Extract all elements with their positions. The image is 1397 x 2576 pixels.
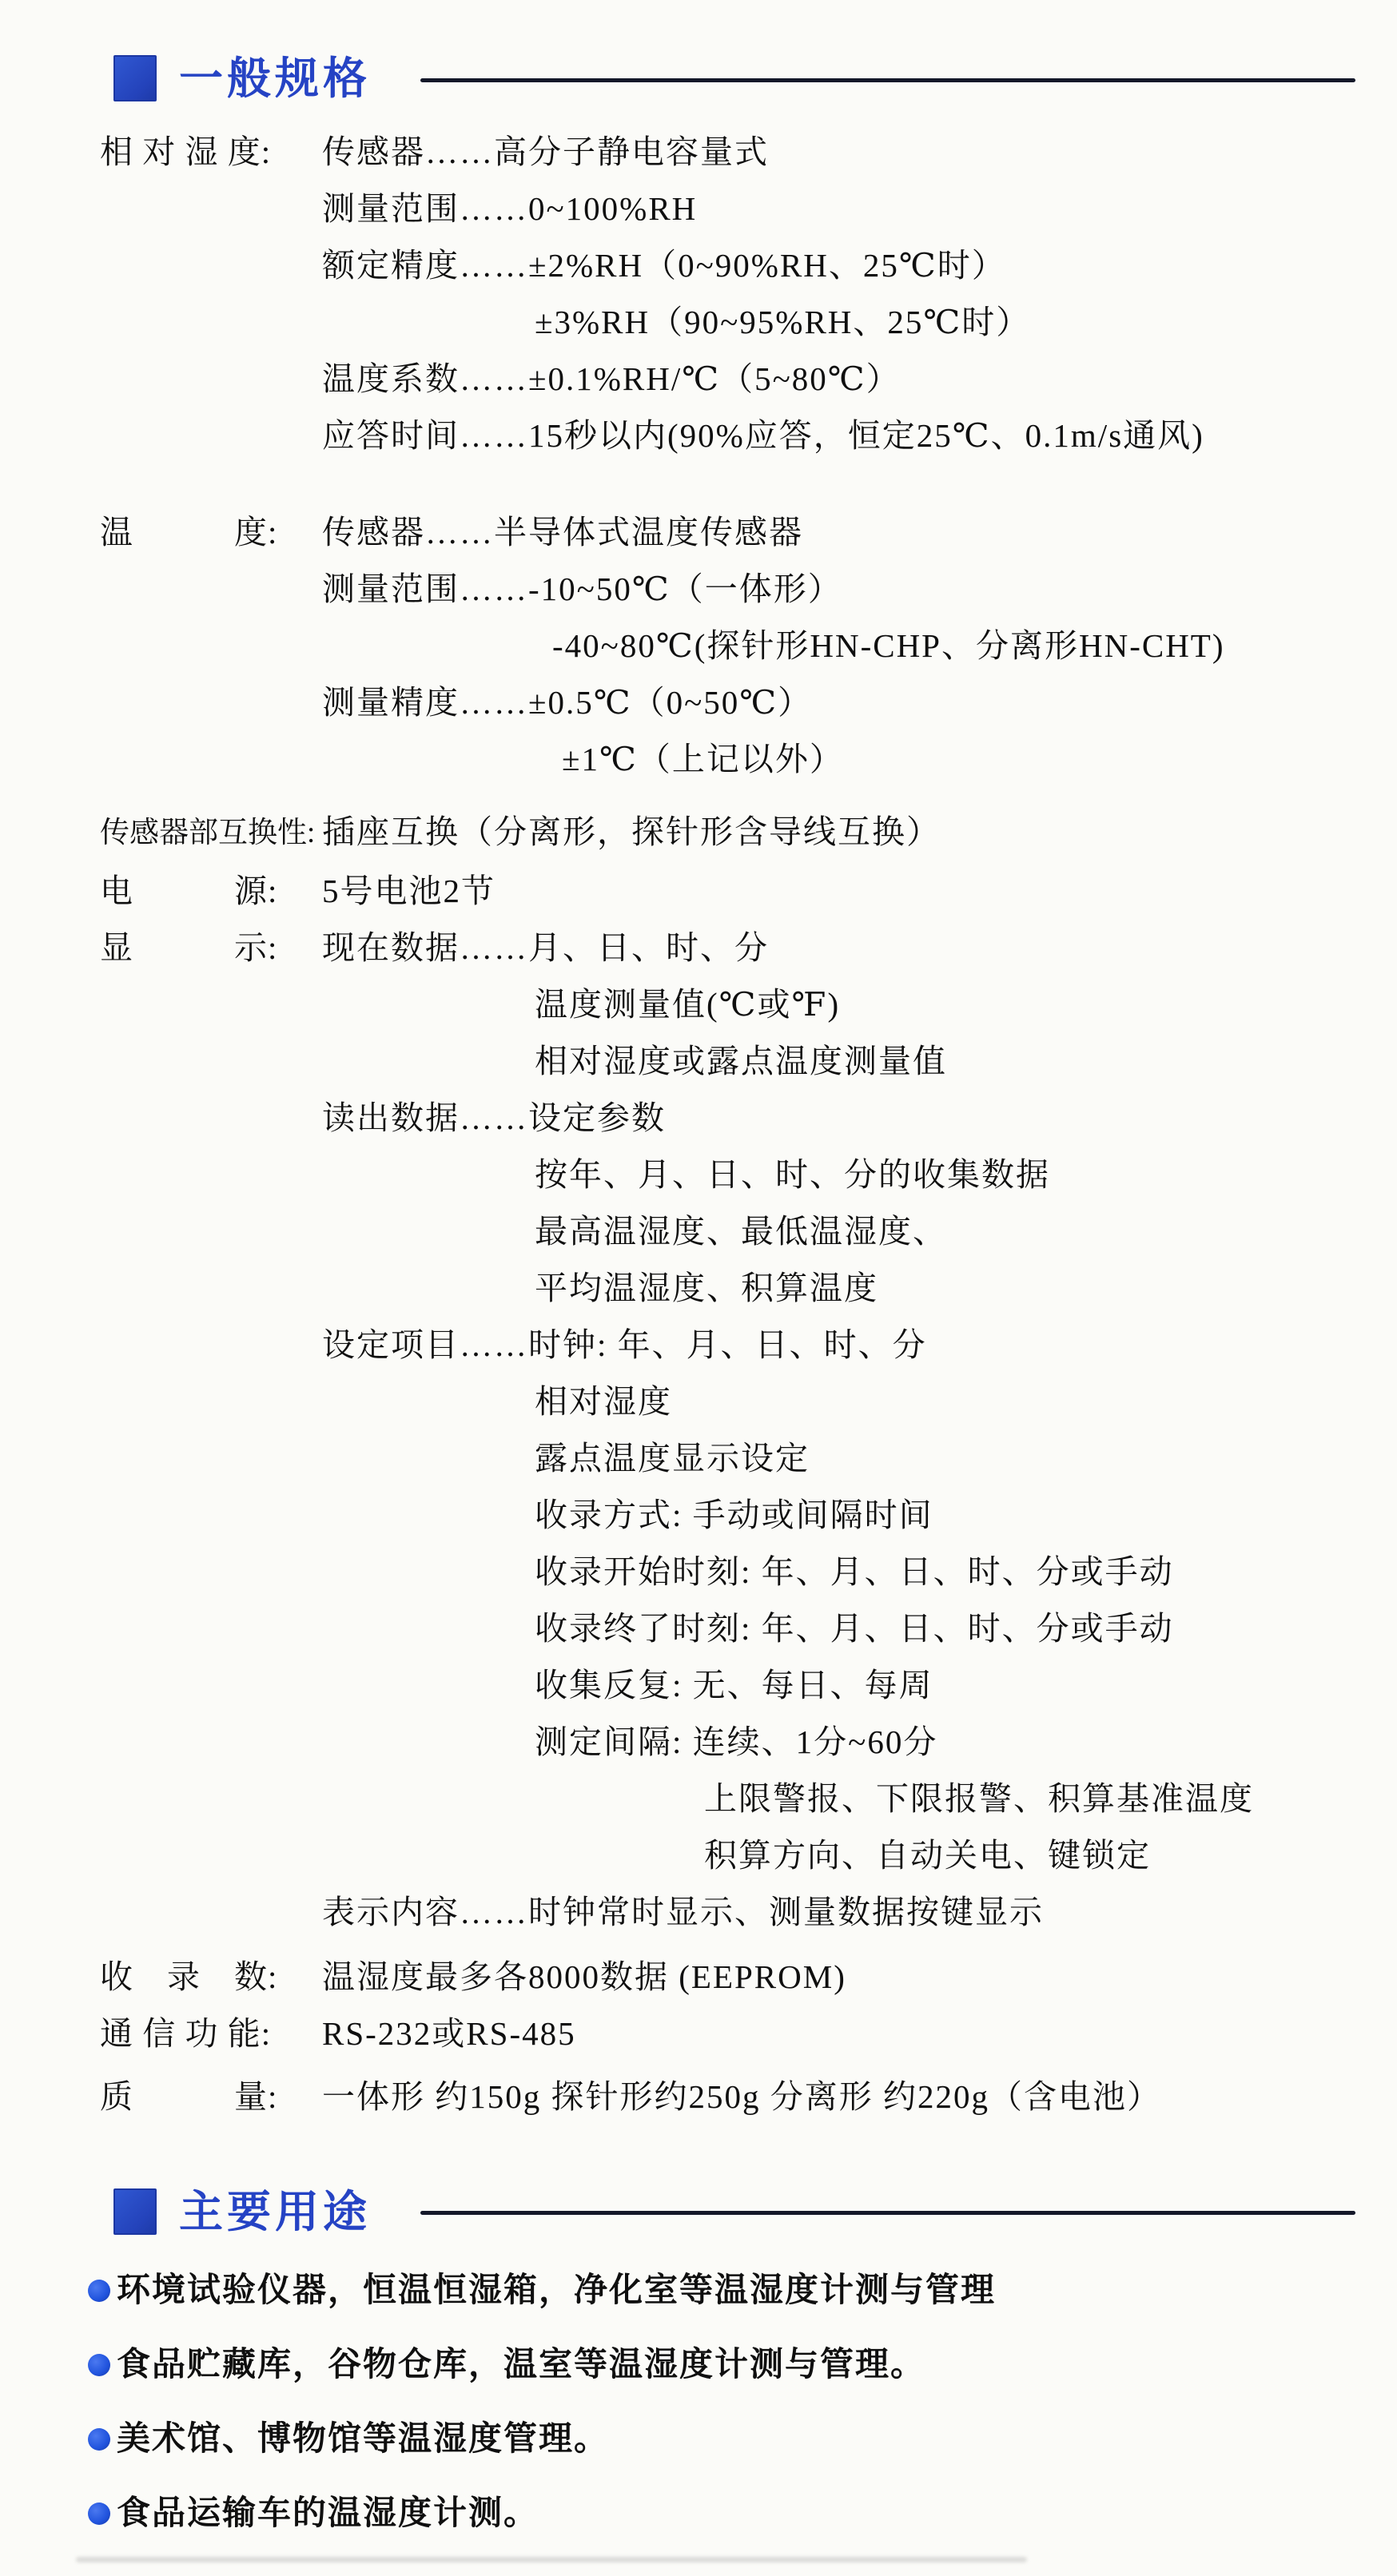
- header-rule: [420, 2211, 1355, 2215]
- spec-label: 温 度:: [100, 504, 322, 561]
- section-marker-square-icon: [113, 2188, 157, 2235]
- spec-line: 温度测量值(℃或℉): [535, 976, 1397, 1033]
- spec-line: 测量范围……0~100%RH: [322, 181, 1397, 237]
- use-item-text: 环境试验仪器，恒温恒湿箱，净化室等温湿度计测与管理: [117, 2263, 996, 2319]
- spec-line: -40~80℃(探针形HN-CHP、分离形HN-CHT): [552, 618, 1397, 674]
- bullet-dot-icon: [88, 2502, 110, 2525]
- spec-line: 积算方向、自动关电、键锁定: [704, 1827, 1397, 1884]
- spec-line: 设定项目……时钟: 年、月、日、时、分: [322, 1317, 1397, 1373]
- spec-line: 一体形 约150g 探针形约250g 分离形 约220g（含电池）: [322, 2069, 1397, 2125]
- spec-line: ±1℃（上记以外）: [562, 731, 1397, 788]
- use-list-item: 环境试验仪器，恒温恒湿箱，净化室等温湿度计测与管理: [88, 2263, 1349, 2319]
- spec-line: 测量范围……-10~50℃（一体形）: [322, 561, 1397, 618]
- header-rule: [420, 78, 1355, 82]
- use-item-text: 美术馆、博物馆等温湿度管理。: [117, 2411, 609, 2467]
- bullet-dot-icon: [88, 2280, 110, 2302]
- spec-line: RS-232或RS-485: [322, 2006, 1397, 2062]
- spec-line: 相对湿度: [535, 1373, 1397, 1430]
- general-specs-title: 一般规格: [179, 54, 371, 103]
- spec-line: 读出数据……设定参数: [322, 1090, 1397, 1147]
- spec-label: 相 对 湿 度:: [100, 124, 322, 181]
- spec-line: 测定间隔: 连续、1分~60分: [535, 1714, 1397, 1771]
- use-list-item: 食品贮藏库，谷物仓库，温室等温湿度计测与管理。: [88, 2337, 1349, 2393]
- spec-line: 收录方式: 手动或间隔时间: [535, 1487, 1397, 1544]
- scan-artifact: [76, 2557, 1027, 2562]
- spec-row-sensor-interchangeability: 传感器部互换性: 插座互换（分离形，探针形含导线互换）: [0, 804, 1397, 863]
- spec-label: 通 信 功 能:: [100, 2006, 322, 2062]
- use-item-text: 食品贮藏库，谷物仓库，温室等温湿度计测与管理。: [117, 2337, 925, 2393]
- bullet-dot-icon: [88, 2428, 110, 2451]
- spec-sheet-page: 一般规格 相 对 湿 度: 传感器……高分子静电容量式 测量范围……0~100%…: [0, 0, 1397, 2576]
- spec-line: 收录终了时刻: 年、月、日、时、分或手动: [535, 1600, 1397, 1657]
- spec-table: 相 对 湿 度: 传感器……高分子静电容量式 测量范围……0~100%RH 额定…: [0, 124, 1397, 2125]
- spec-row-weight: 质 量: 一体形 约150g 探针形约250g 分离形 约220g（含电池）: [0, 2069, 1397, 2125]
- spec-line: 5号电池2节: [322, 863, 1397, 920]
- spec-row-relative-humidity: 相 对 湿 度: 传感器……高分子静电容量式 测量范围……0~100%RH 额定…: [0, 124, 1397, 464]
- spec-label: 收 录 数:: [100, 1949, 322, 2006]
- spec-line: 最高温湿度、最低温湿度、: [535, 1203, 1397, 1260]
- spec-label: 电 源:: [100, 863, 322, 920]
- spec-line: 露点温度显示设定: [535, 1430, 1397, 1487]
- main-uses-list: 环境试验仪器，恒温恒湿箱，净化室等温湿度计测与管理 食品贮藏库，谷物仓库，温室等…: [0, 2263, 1397, 2542]
- spec-line: 温度系数……±0.1%RH/℃（5~80℃）: [322, 351, 1397, 407]
- spec-line: 测量精度……±0.5℃（0~50℃）: [322, 674, 1397, 731]
- main-uses-title: 主要用途: [179, 2188, 371, 2236]
- spec-label: 质 量:: [100, 2069, 322, 2125]
- spec-label: 显 示:: [100, 920, 322, 976]
- section-marker-square-icon: [113, 55, 157, 101]
- spec-line: ±3%RH（90~95%RH、25℃时）: [535, 294, 1397, 351]
- spec-line: 传感器……半导体式温度传感器: [322, 504, 1397, 561]
- spec-line: 相对湿度或露点温度测量值: [535, 1033, 1397, 1090]
- bullet-dot-icon: [88, 2354, 110, 2376]
- spec-line: 现在数据……月、日、时、分: [322, 920, 1397, 976]
- spec-label: 传感器部互换性:: [100, 804, 322, 863]
- spec-line: 收录开始时刻: 年、月、日、时、分或手动: [535, 1544, 1397, 1600]
- spec-row-communication: 通 信 功 能: RS-232或RS-485: [0, 2006, 1397, 2062]
- spec-line: 应答时间……15秒以内(90%应答，恒定25℃、0.1m/s通风): [322, 407, 1397, 464]
- spec-line: 平均温湿度、积算温度: [535, 1260, 1397, 1317]
- spec-line: 温湿度最多各8000数据 (EEPROM): [322, 1949, 1397, 2006]
- spec-row-power: 电 源: 5号电池2节: [0, 863, 1397, 920]
- spec-line: 表示内容……时钟常时显示、测量数据按键显示: [322, 1884, 1397, 1941]
- spec-row-temperature: 温 度: 传感器……半导体式温度传感器 测量范围……-10~50℃（一体形） -…: [0, 504, 1397, 788]
- general-specs-header: 一般规格: [0, 0, 1397, 103]
- spec-line: 插座互换（分离形，探针形含导线互换）: [322, 804, 1397, 861]
- use-list-item: 美术馆、博物馆等温湿度管理。: [88, 2411, 1349, 2467]
- spec-line: 额定精度……±2%RH（0~90%RH、25℃时）: [322, 237, 1397, 294]
- spec-line: 传感器……高分子静电容量式: [322, 124, 1397, 181]
- main-uses-header: 主要用途: [0, 2188, 1397, 2236]
- spec-line: 上限警报、下限报警、积算基准温度: [704, 1771, 1397, 1827]
- use-list-item: 食品运输车的温湿度计测。: [88, 2486, 1349, 2542]
- spec-line: 按年、月、日、时、分的收集数据: [535, 1147, 1397, 1203]
- spec-row-record-count: 收 录 数: 温湿度最多各8000数据 (EEPROM): [0, 1949, 1397, 2006]
- spec-line: 收集反复: 无、每日、每周: [535, 1657, 1397, 1714]
- spec-row-display: 显 示: 现在数据……月、日、时、分 温度测量值(℃或℉) 相对湿度或露点温度测…: [0, 920, 1397, 1941]
- use-item-text: 食品运输车的温湿度计测。: [117, 2486, 539, 2542]
